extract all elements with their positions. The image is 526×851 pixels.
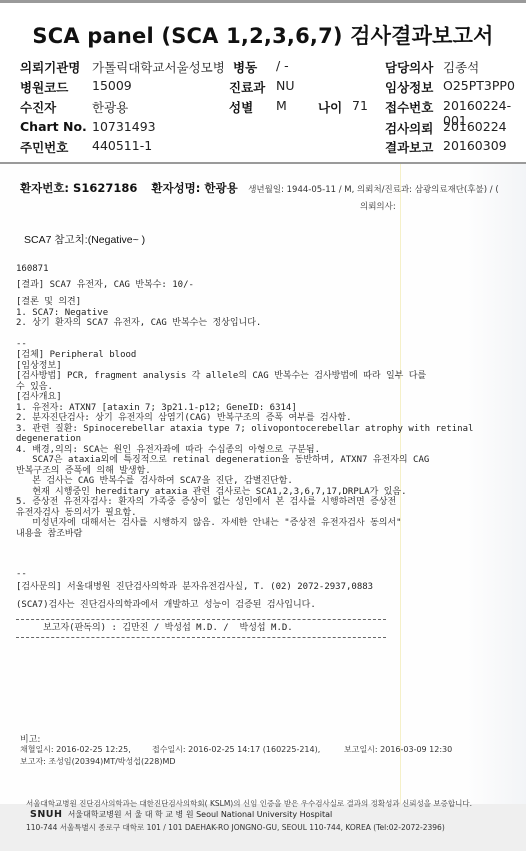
receipt-time: 접수일시: 2016-02-25 14:17 (160225-214), bbox=[152, 744, 320, 755]
sex-label: 성별 bbox=[229, 98, 253, 116]
reporter-line: 보고자(판독의) : 김만진 / 박성섭 M.D. / 박성섭 M.D. bbox=[16, 623, 293, 634]
doctor-value: 김종석 bbox=[443, 58, 479, 76]
hospital-address: 110-744 서울특별시 종로구 대학로 101 / 101 DAEHAK-R… bbox=[26, 822, 445, 833]
scanned-report: 환자번호: S1627186 환자성명: 한광용 생년월일: 1944-05-1… bbox=[0, 164, 526, 851]
specimen-id: 160871 bbox=[16, 264, 49, 275]
snuh-logo: SNUH bbox=[30, 809, 62, 820]
top-border bbox=[0, 0, 526, 3]
institution-label: 의뢰기관명 bbox=[20, 58, 80, 76]
ssn-value: 440511-1 bbox=[92, 138, 152, 153]
sex-value: M bbox=[276, 98, 287, 113]
dept-value: NU bbox=[276, 78, 295, 93]
patient-name: 환자성명: 한광용 bbox=[151, 181, 237, 195]
patient-value: 한광용 bbox=[92, 98, 128, 116]
patient-label: 수진자 bbox=[20, 98, 56, 116]
dashed-rule-bottom bbox=[16, 637, 386, 638]
collection-time: 채혈일시: 2016-02-25 12:25, bbox=[20, 744, 131, 755]
report-title: SCA panel (SCA 1,2,3,6,7) 검사결과보고서 bbox=[0, 20, 526, 50]
patient-meta: 생년월일: 1944-05-11 / M, 의뢰처/진료과: 삼광의료재단(후불… bbox=[248, 185, 498, 195]
chart-label: Chart No. bbox=[20, 119, 87, 134]
reporter-ids: 보고자: 조성임(20394)MT/박성섭(228)MD bbox=[20, 756, 176, 767]
validation-note: (SCA7)검사는 진단검사의학과에서 개발하고 성능이 검증된 검사입니다. bbox=[16, 600, 316, 611]
separator-1: -- bbox=[16, 339, 27, 350]
dept-label: 진료과 bbox=[229, 78, 265, 96]
patient-line: 환자번호: S1627186 환자성명: 한광용 생년월일: 1944-05-1… bbox=[20, 180, 499, 196]
hospital-name: 서울대학교병원 서 울 대 학 교 병 원 Seoul National Uni… bbox=[68, 810, 333, 819]
patient-number: 환자번호: S1627186 bbox=[20, 181, 137, 195]
request-label: 검사의뢰 bbox=[385, 119, 433, 137]
request-value: 20160224 bbox=[443, 119, 507, 134]
report-label: 결과보고 bbox=[385, 138, 433, 156]
certification-note: 서울대학교병원 진단검사의학과는 대한진단검사의학회( KSLM)의 신임 인증… bbox=[26, 798, 472, 809]
age-value: 71 bbox=[352, 98, 368, 113]
inquiry-line: [검사문의] 서울대병원 진단검사의학과 분자유전검사실, T. (02) 20… bbox=[16, 582, 373, 593]
hospital-code-label: 병원코드 bbox=[20, 78, 68, 96]
result-line: [결과] SCA7 유전자, CAG 반복수: 10/- bbox=[16, 280, 194, 291]
report-time: 보고일시: 2016-03-09 12:30 bbox=[344, 744, 452, 755]
conclusion-block: [결론 및 의견] 1. SCA7: Negative 2. 상기 환자의 SC… bbox=[16, 297, 261, 329]
reference-value: SCA7 참고치:(Negative~ ) bbox=[24, 232, 145, 247]
clinical-label: 임상정보 bbox=[385, 78, 433, 96]
clinical-value: O25PT3PP0 bbox=[443, 78, 515, 93]
report-value: 20160309 bbox=[443, 138, 507, 153]
ward-label: 병동 bbox=[233, 58, 257, 76]
separator-2: -- bbox=[16, 569, 27, 580]
chart-value: 10731493 bbox=[92, 119, 156, 134]
hospital-signature: SNUH 서울대학교병원 서 울 대 학 교 병 원 Seoul Nationa… bbox=[30, 809, 332, 820]
doctor-label: 담당의사 bbox=[385, 58, 433, 76]
institution-value: 가톨릭대학교서울성모병 bbox=[92, 58, 225, 76]
scan-shading bbox=[466, 164, 526, 804]
ward-value: / - bbox=[276, 58, 289, 73]
age-label: 나이 bbox=[318, 98, 342, 116]
dashed-rule-top bbox=[16, 619, 386, 620]
receipt-label: 접수번호 bbox=[385, 98, 433, 116]
ssn-label: 주민번호 bbox=[20, 138, 68, 156]
details-block: [검체] Peripheral blood [임상정보] [검사방법] PCR,… bbox=[16, 350, 473, 539]
hospital-code-value: 15009 bbox=[92, 78, 132, 93]
requesting-doctor: 의뢰의사: bbox=[360, 200, 396, 212]
